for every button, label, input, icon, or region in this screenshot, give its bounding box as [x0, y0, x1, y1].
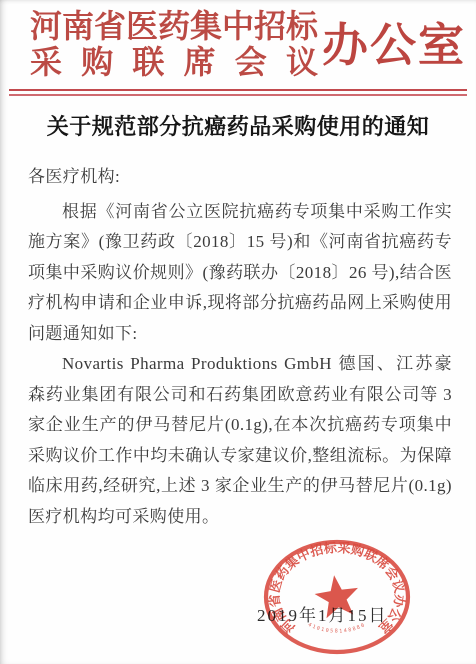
star-icon [312, 572, 361, 619]
paragraph-2: Novartis Pharma Produktions GmbH 德国、江苏豪森… [28, 349, 452, 532]
letterhead: 河南省医药集中招标 采购联席会议 办公室 [30, 8, 464, 80]
document-body: 各医疗机构: 根据《河南省公立医院抗癌药专项集中采购工作实施方案》(豫卫药政〔2… [28, 162, 452, 532]
official-seal: 河南省医药集中招标采购联席会议办公室 4101058148880 [259, 536, 415, 660]
seal-serial-number: 4101058148880 [307, 622, 367, 635]
letterhead-line2: 采购联席会议 [30, 44, 318, 80]
letterhead-line1: 河南省医药集中招标 [30, 8, 318, 44]
letterhead-left: 河南省医药集中招标 采购联席会议 [30, 8, 318, 80]
salutation: 各医疗机构: [28, 162, 452, 193]
document-page: 河南省医药集中招标 采购联席会议 办公室 关于规范部分抗癌药品采购使用的通知 各… [0, 0, 476, 664]
letterhead-office: 办公室 [322, 9, 466, 75]
svg-text:4101058148880: 4101058148880 [307, 622, 367, 635]
red-divider-line [9, 89, 467, 96]
paragraph-1: 根据《河南省公立医院抗癌药专项集中采购工作实施方案》(豫卫药政〔2018〕15 … [28, 197, 452, 350]
document-title: 关于规范部分抗癌药品采购使用的通知 [0, 110, 476, 141]
